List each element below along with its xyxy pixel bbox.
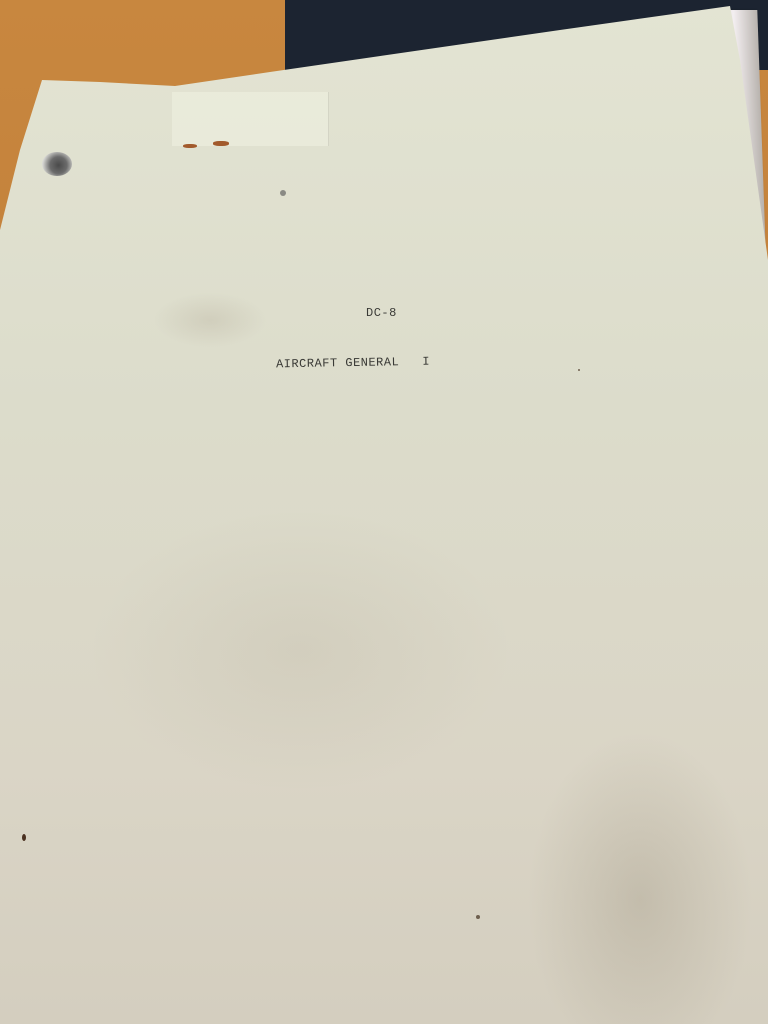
rust-stain bbox=[183, 144, 197, 148]
document-title: AIRCRAFT GENERAL I bbox=[276, 355, 430, 372]
punch-hole bbox=[42, 152, 72, 176]
speck bbox=[578, 369, 580, 371]
speck bbox=[22, 834, 26, 841]
rust-stain bbox=[213, 141, 229, 146]
document-code: DC-8 bbox=[366, 306, 397, 320]
speck bbox=[280, 190, 286, 196]
document-cover-page bbox=[0, 0, 768, 1024]
tape-strip bbox=[172, 92, 329, 146]
speck bbox=[476, 915, 480, 919]
